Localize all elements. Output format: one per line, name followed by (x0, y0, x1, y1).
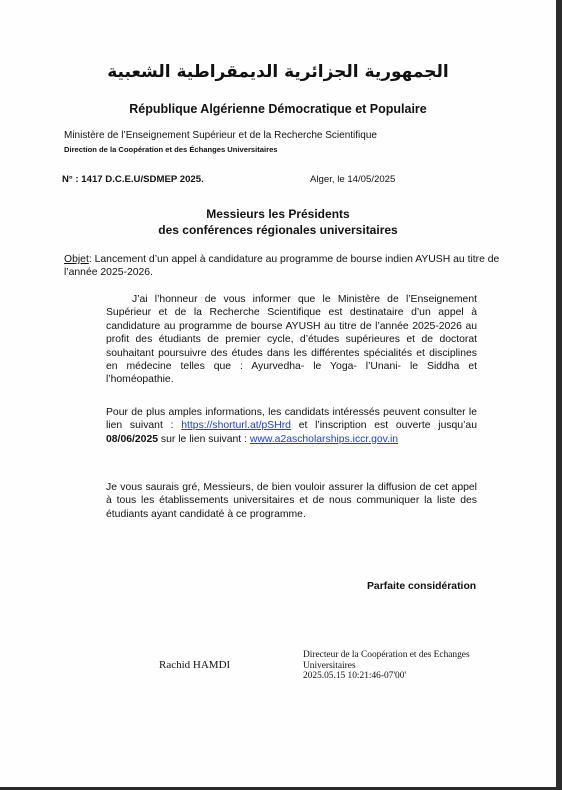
direction-name: Direction de la Coopération et des Échan… (64, 145, 278, 154)
body-paragraph-1: J’ai l’honneur de vous informer que le M… (106, 293, 477, 387)
reference-number: N° : 1417 D.C.E.U/SDMEP 2025. (62, 174, 204, 185)
body-paragraph-2: Pour de plus amples informations, les ca… (106, 406, 477, 446)
addressee-line-2: des conférences régionales universitaire… (0, 222, 556, 238)
signer-title-line-2: Universitaires (303, 661, 470, 672)
digital-signature-block: Directeur de la Coopération et des Echan… (303, 650, 470, 682)
republic-title: République Algérienne Démocratique et Po… (0, 102, 556, 116)
paragraph-2-text-b: et l’inscription est ouverte jusqu’au (291, 420, 477, 431)
body-paragraph-3: Je vous saurais gré, Messieurs, de bien … (106, 481, 477, 521)
ministry-name: Ministère de l’Enseignement Supérieur et… (64, 130, 377, 141)
addressee: Messieurs les Présidents des conférences… (0, 206, 556, 238)
addressee-line-1: Messieurs les Présidents (0, 206, 556, 222)
viewer-side-frame (556, 0, 562, 790)
signer-title-line-1: Directeur de la Coopération et des Echan… (303, 650, 470, 661)
signature-timestamp: 2025.05.15 10:21:46-07'00' (303, 671, 470, 682)
subject: Objet: Lancement d’un appel à candidatur… (64, 253, 509, 279)
place-date: Alger, le 14/05/2025 (310, 174, 395, 185)
signer-name: Rachid HAMDI (159, 659, 230, 671)
shorturl-link[interactable]: https://shorturl.at/pSHrd (181, 420, 291, 431)
iccr-scholarships-link[interactable]: www.a2ascholarships.iccr.gov.in (250, 434, 398, 445)
closing-formula: Parfaite considération (367, 581, 476, 592)
paragraph-2-text-c: sur le lien suivant : (158, 434, 250, 445)
deadline-date: 08/06/2025 (106, 434, 158, 445)
subject-text: : Lancement d’un appel à candidature au … (64, 254, 499, 278)
document-page: الجمهورية الجزائرية الديمقراطية الشعبية … (0, 0, 556, 787)
subject-label: Objet (64, 254, 89, 265)
paragraph-1-text: J’ai l’honneur de vous informer que le M… (106, 294, 477, 385)
arabic-title: الجمهورية الجزائرية الديمقراطية الشعبية (0, 62, 556, 82)
